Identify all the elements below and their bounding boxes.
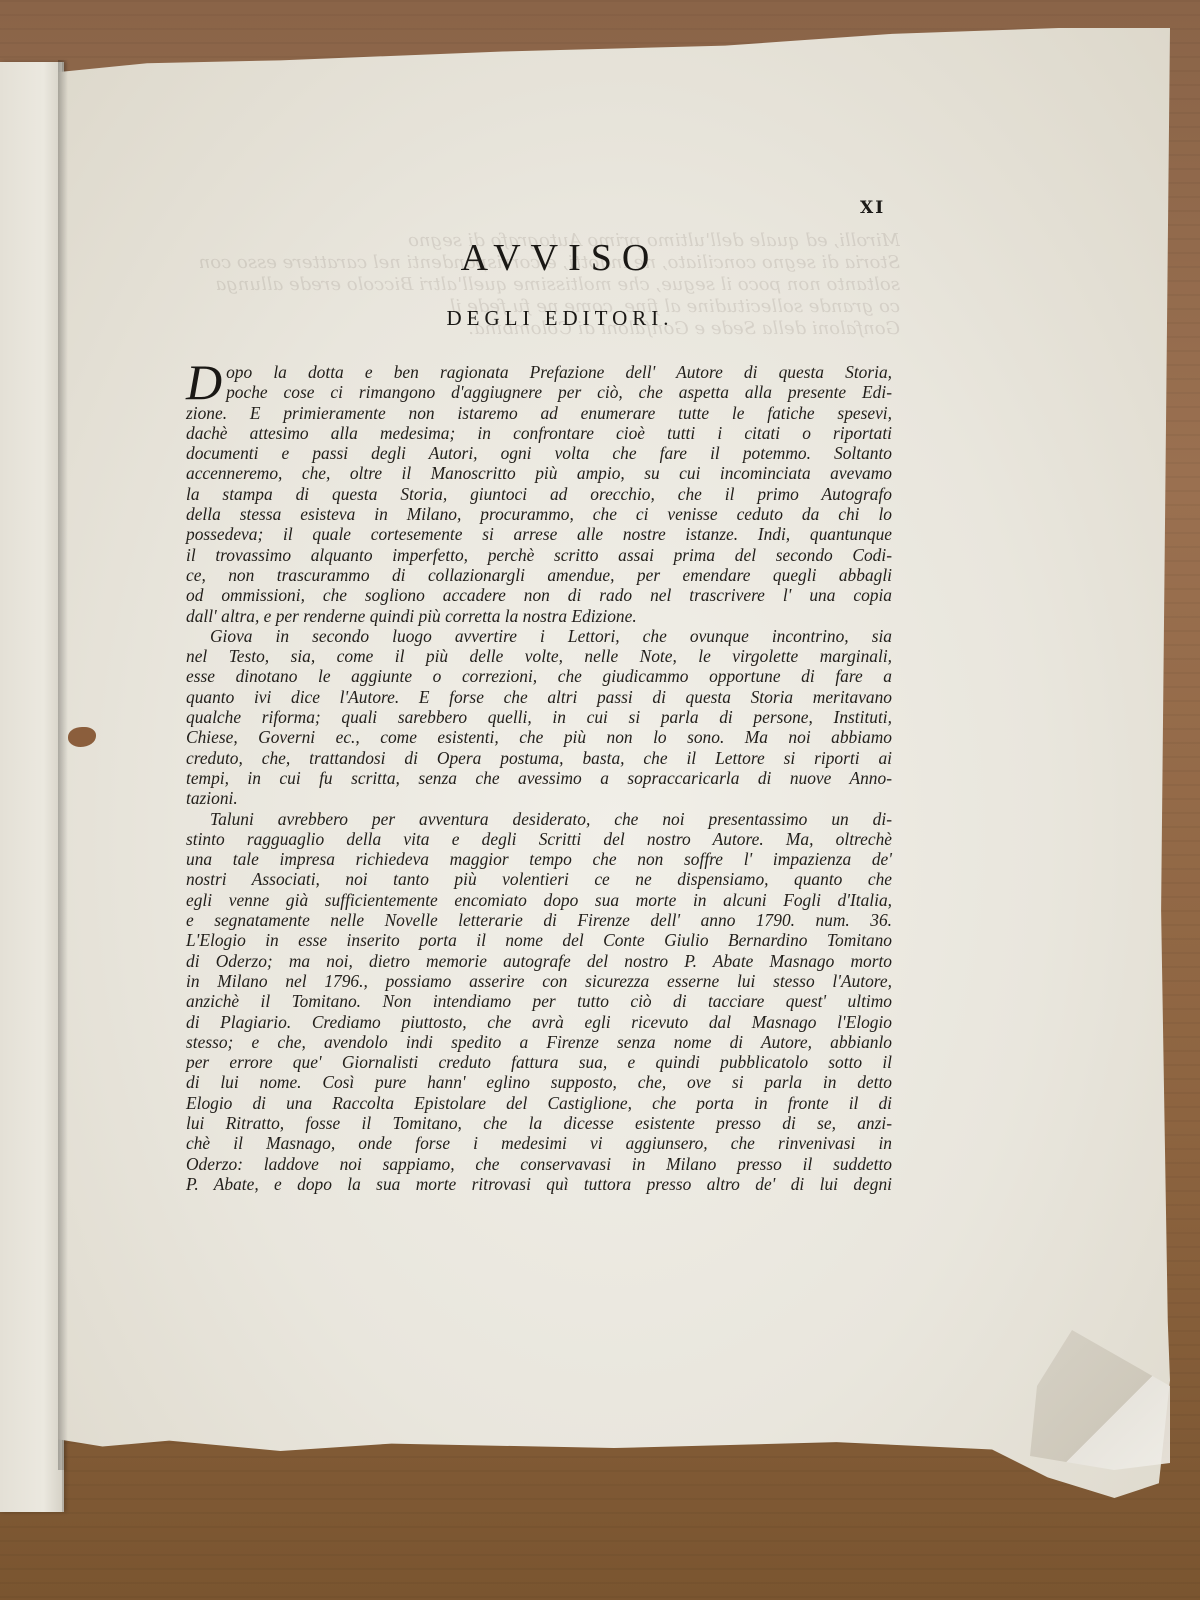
text-line: Giova in secondo luogo avvertire i Letto… bbox=[186, 626, 892, 646]
text-line: Elogio di una Raccolta Epistolare del Ca… bbox=[186, 1093, 892, 1113]
text-line: anzichè il Tomitano. Non intendiamo per … bbox=[186, 991, 892, 1011]
text-line: nel Testo, sia, come il più delle volte,… bbox=[186, 646, 892, 666]
text-line: documenti e passi degli Autori, ogni vol… bbox=[186, 443, 892, 463]
text-line: tempi, in cui fu scritta, senza che aves… bbox=[186, 768, 892, 788]
text-line: della stessa esisteva in Milano, procura… bbox=[186, 504, 892, 524]
text-line: di Oderzo; ma noi, dietro memorie autogr… bbox=[186, 951, 892, 971]
text-line: il trovassimo alquanto imperfetto, perch… bbox=[186, 545, 892, 565]
text-line: accenneremo, che, oltre il Manoscritto p… bbox=[186, 463, 892, 483]
page-title: AVVISO bbox=[180, 236, 940, 280]
text-line: chè il Masnago, onde forse i medesimi vi… bbox=[186, 1133, 892, 1153]
body-text: D opo la dotta e ben ragionata Prefazion… bbox=[186, 362, 892, 1194]
text-line: P. Abate, e dopo la sua morte ritrovasi … bbox=[186, 1174, 892, 1194]
text-line: per errore que' Giornalisti creduto fatt… bbox=[186, 1052, 892, 1072]
text-line: L'Elogio in esse inserito porta il nome … bbox=[186, 930, 892, 950]
text-line: lui Ritratto, fosse il Tomitano, che la … bbox=[186, 1113, 892, 1133]
text-line: od ommissioni, che sogliono accadere non… bbox=[186, 585, 892, 605]
text-line: dall' altra, e per renderne quindi più c… bbox=[186, 606, 892, 626]
text-line: stinto ragguaglio della vita e degli Scr… bbox=[186, 829, 892, 849]
text-line: nostri Associati, noi tanto più volentie… bbox=[186, 869, 892, 889]
text-line: esse dinotano le aggiunte o correzioni, … bbox=[186, 666, 892, 686]
text-line: tazioni. bbox=[186, 788, 892, 808]
text-line: opo la dotta e ben ragionata Prefazione … bbox=[186, 362, 892, 382]
text-line: la stampa di questa Storia, giuntoci ad … bbox=[186, 484, 892, 504]
text-line: stesso; e che, avendolo indi spedito a F… bbox=[186, 1032, 892, 1052]
page-fold-shadow bbox=[58, 60, 68, 1470]
text-line: possedeva; il quale cortesemente si arre… bbox=[186, 524, 892, 544]
text-line: Oderzo: laddove noi sappiamo, che conser… bbox=[186, 1154, 892, 1174]
text-line: in Milano nel 1796., possiamo asserire c… bbox=[186, 971, 892, 991]
text-line: ce, non trascurammo di collazionargli am… bbox=[186, 565, 892, 585]
text-line: qualche riforma; quali sarebbero quelli,… bbox=[186, 707, 892, 727]
text-line: zione. E primieramente non istaremo ad e… bbox=[186, 403, 892, 423]
text-line: dachè attesimo alla medesima; in confron… bbox=[186, 423, 892, 443]
left-page-edge bbox=[0, 62, 64, 1512]
text-line: creduto, che, trattandosi di Opera postu… bbox=[186, 748, 892, 768]
page-number: XI bbox=[860, 198, 885, 218]
text-line: di Plagiario. Crediamo piuttosto, che av… bbox=[186, 1012, 892, 1032]
text-line: di lui nome. Così pure hann' eglino supp… bbox=[186, 1072, 892, 1092]
text-line: poche cose ci rimangono d'aggiugnere per… bbox=[186, 382, 892, 402]
text-line: Taluni avrebbero per avventura desiderat… bbox=[186, 809, 892, 829]
text-line: quanto ivi dice l'Autore. E forse che al… bbox=[186, 687, 892, 707]
text-line: e segnatamente nelle Novelle letterarie … bbox=[186, 910, 892, 930]
drop-cap: D bbox=[186, 364, 222, 400]
text-line: una tale impresa richiedeva maggior temp… bbox=[186, 849, 892, 869]
text-line: Chiese, Governi ec., come esistenti, che… bbox=[186, 727, 892, 747]
text-line: egli venne già sufficientemente encomiat… bbox=[186, 890, 892, 910]
page-subtitle: DEGLI EDITORI. bbox=[180, 306, 940, 331]
